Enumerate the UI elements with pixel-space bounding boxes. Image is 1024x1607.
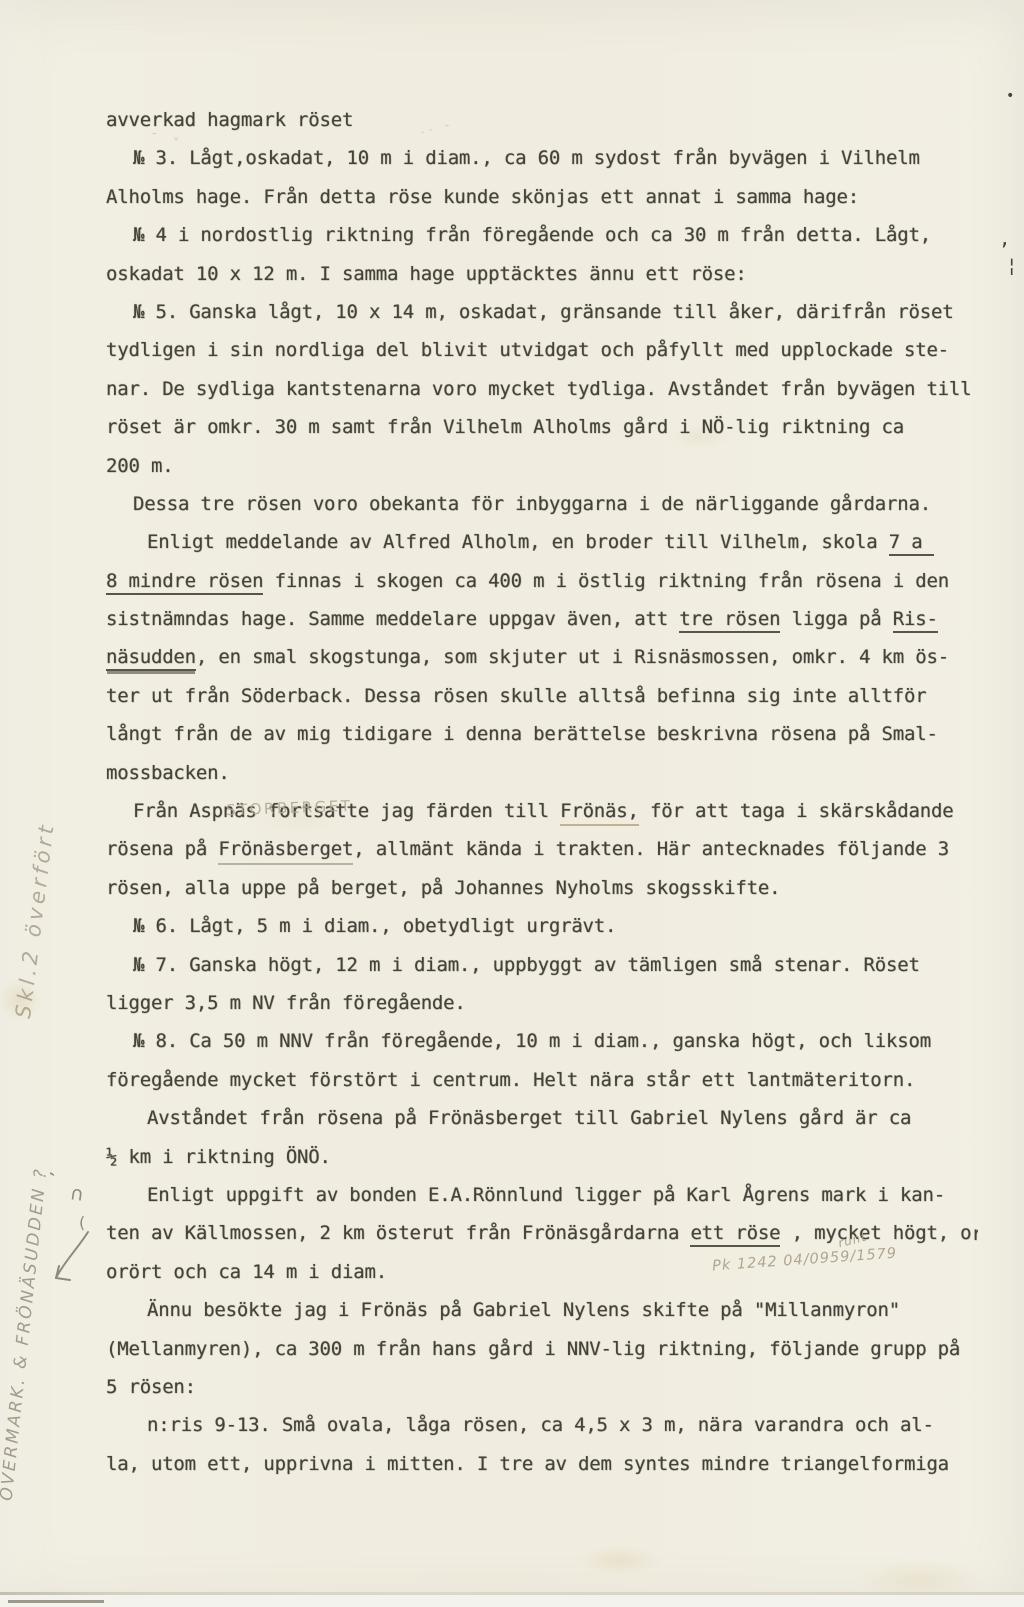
text-segment: r [971,1215,978,1253]
text-segment: Dessa tre rösen voro obekanta för inbygg… [133,493,931,515]
typed-line: № 8. Ca 50 m NNV från föregående, 10 m i… [106,1022,1011,1060]
text-segment: Alholms hage. Från detta röse kunde skön… [106,186,859,208]
typed-line: № 5. Ganska lågt, 10 x 14 m, oskadat, gr… [106,293,1011,331]
text-segment: , en smal skogstunga, som skjuter ut i R… [196,646,949,668]
text-segment: sistnämndas hage. Samme meddelare uppgav… [106,608,679,630]
stray-comma: , [999,228,1010,250]
text-segment: nar. De sydliga kantstenarna voro mycket… [106,378,971,400]
typed-line: mossbacken. [106,754,1011,792]
scanner-background [0,1595,1024,1607]
text-segment: röset är omkr. 30 m samt från Vilhelm Al… [106,416,904,438]
text-segment: № 5. Ganska lågt, 10 x 14 m, oskadat, gr… [133,301,953,323]
typed-line: rösena på Frönäsberget, allmänt kända i … [106,830,1011,868]
typed-line: ter ut från Söderback. Dessa rösen skull… [106,677,1011,715]
document-page: avverkad hagmark röset№ 3. Lågt,oskadat,… [0,0,1024,1607]
text-segment: 5 rösen: [106,1376,196,1398]
text-segment: la, utom ett, upprivna i mitten. I tre a… [106,1453,949,1475]
typed-line: № 4 i nordostlig riktning från föregåend… [106,216,1011,254]
typed-line: föregående mycket förstört i centrum. He… [106,1061,1011,1099]
typed-line: № 6. Lågt, 5 m i diam., obetydligt urgrä… [106,907,1011,945]
typed-line: Avståndet från rösena på Frönäsberget ti… [106,1099,1011,1137]
underlined-text: 7 a [889,531,934,556]
text-segment: ligger 3,5 m NV från föregående. [106,992,466,1014]
typed-line: 8 mindre rösen finnas i skogen ca 400 m … [106,562,1011,600]
text-segment: ten av Källmossen, 2 km österut från Frö… [106,1222,690,1244]
typed-line: № 7. Ganska högt, 12 m i diam., uppbyggt… [106,946,1011,984]
typed-line: la, utom ett, upprivna i mitten. I tre a… [106,1445,1011,1483]
typed-line: ½ km i riktning ÖNÖ. [106,1138,1011,1176]
pencil-smudge: ˰. - [419,117,453,135]
typed-line: ligger 3,5 m NV från föregående. [106,984,1011,1022]
typed-line: Dessa tre rösen voro obekanta för inbygg… [106,485,1011,523]
pencil-smudge: - ˬ [152,126,185,141]
typed-line: Ännu besökte jag i Frönäs på Gabriel Nyl… [106,1291,1011,1329]
margin-note-upper: Skl.2 överfört [5,770,65,1071]
typed-line: rösen, alla uppe på berget, på Johannes … [106,869,1011,907]
text-segment: tydligen i sin nordliga del blivit utvid… [106,339,949,361]
text-segment: ligga på [780,608,892,630]
typed-line: n:ris 9-13. Små ovala, låga rösen, ca 4,… [106,1406,1011,1444]
typed-line: långt från de av mig tidigare i denna be… [106,715,1011,753]
underlined-text: 8 mindre rösen [106,570,263,595]
typed-line: 5 rösen: [106,1368,1011,1406]
typed-line: Alholms hage. Från detta röse kunde skön… [106,178,1011,216]
underlined-text: Frönäs, [560,800,639,826]
text-segment: finnas i skogen ca 400 m i östlig riktni… [263,570,949,592]
text-segment: , mycket högt, o [780,1222,971,1244]
underlined-text: Frönäsberget [218,838,353,865]
text-segment: 200 m. [106,455,173,477]
text-segment: (Mellanmyren), ca 300 m från hans gård i… [106,1338,960,1360]
typed-line: avverkad hagmark röset [106,101,1011,139]
text-segment: Ännu besökte jag i Frönäs på Gabriel Nyl… [147,1299,900,1321]
text-segment: för att taga i skärskådande [639,800,954,822]
stray-dot: • [1006,88,1014,104]
typed-line: sistnämndas hage. Samme meddelare uppgav… [106,600,1011,638]
text-segment: № 6. Lågt, 5 m i diam., obetydligt urgrä… [133,915,616,937]
text-segment: № 7. Ganska högt, 12 m i diam., uppbyggt… [133,954,920,976]
text-segment: rösena på [106,838,218,860]
underlined-text: tre rösen [679,608,780,633]
typed-text: avverkad hagmark röset№ 3. Lågt,oskadat,… [106,101,1011,1483]
underlined-text: Ris- [893,608,938,633]
typed-line: näsudden, en smal skogstunga, som skjute… [106,638,1011,676]
text-segment: Avståndet från rösena på Frönäsberget ti… [147,1107,911,1129]
typed-line: Enligt uppgift av bonden E.A.Rönnlund li… [106,1176,1011,1214]
typed-line: Enligt meddelande av Alfred Alholm, en b… [106,523,1011,561]
margin-arrow-icon [48,1228,94,1290]
typed-line: (Mellanmyren), ca 300 m från hans gård i… [106,1330,1011,1368]
typed-line: nar. De sydliga kantstenarna voro mycket… [106,370,1011,408]
margin-note-lower: ÖVERMARK. & FRÖNÄSUDDEN ? [0,1164,52,1504]
paper-corner-line [8,1600,104,1603]
text-segment: ter ut från Söderback. Dessa rösen skull… [106,685,926,707]
typed-line: № 3. Lågt,oskadat, 10 m i diam., ca 60 m… [106,139,1011,177]
text-segment: № 4 i nordostlig riktning från föregåend… [133,224,931,246]
typed-line: oskadat 10 x 12 m. I samma hage upptäckt… [106,255,1011,293]
typed-line: röset är omkr. 30 m samt från Vilhelm Al… [106,408,1011,446]
margin-squiggle-mark: ∩ [69,1182,86,1206]
text-segment: ½ km i riktning ÖNÖ. [106,1146,331,1168]
text-segment: långt från de av mig tidigare i denna be… [106,723,938,745]
text-segment: , allmänt kända i trakten. Här antecknad… [353,838,949,860]
stray-bar: ¦ [1006,255,1017,277]
text-segment: rösen, alla uppe på berget, på Johannes … [106,877,780,899]
underlined-text: näsudden [106,646,196,671]
underlined-text: ett röse [690,1222,780,1247]
text-segment: № 3. Lågt,oskadat, 10 m i diam., ca 60 m… [133,147,920,169]
text-segment: Enligt meddelande av Alfred Alholm, en b… [147,531,889,553]
text-segment: orört och ca 14 m i diam. [106,1261,387,1283]
text-segment: avverkad hagmark röset [106,109,353,131]
text-segment: mossbacken. [106,762,230,784]
text-segment: № 8. Ca 50 m NNV från föregående, 10 m i… [133,1030,931,1052]
text-segment: Enligt uppgift av bonden E.A.Rönnlund li… [147,1184,945,1206]
text-segment: n:ris 9-13. Små ovala, låga rösen, ca 4,… [147,1414,934,1436]
typed-line: tydligen i sin nordliga del blivit utvid… [106,331,1011,369]
text-segment: oskadat 10 x 12 m. I samma hage upptäckt… [106,263,747,285]
text-segment: föregående mycket förstört i centrum. He… [106,1069,915,1091]
typed-line: 200 m. [106,447,1011,485]
